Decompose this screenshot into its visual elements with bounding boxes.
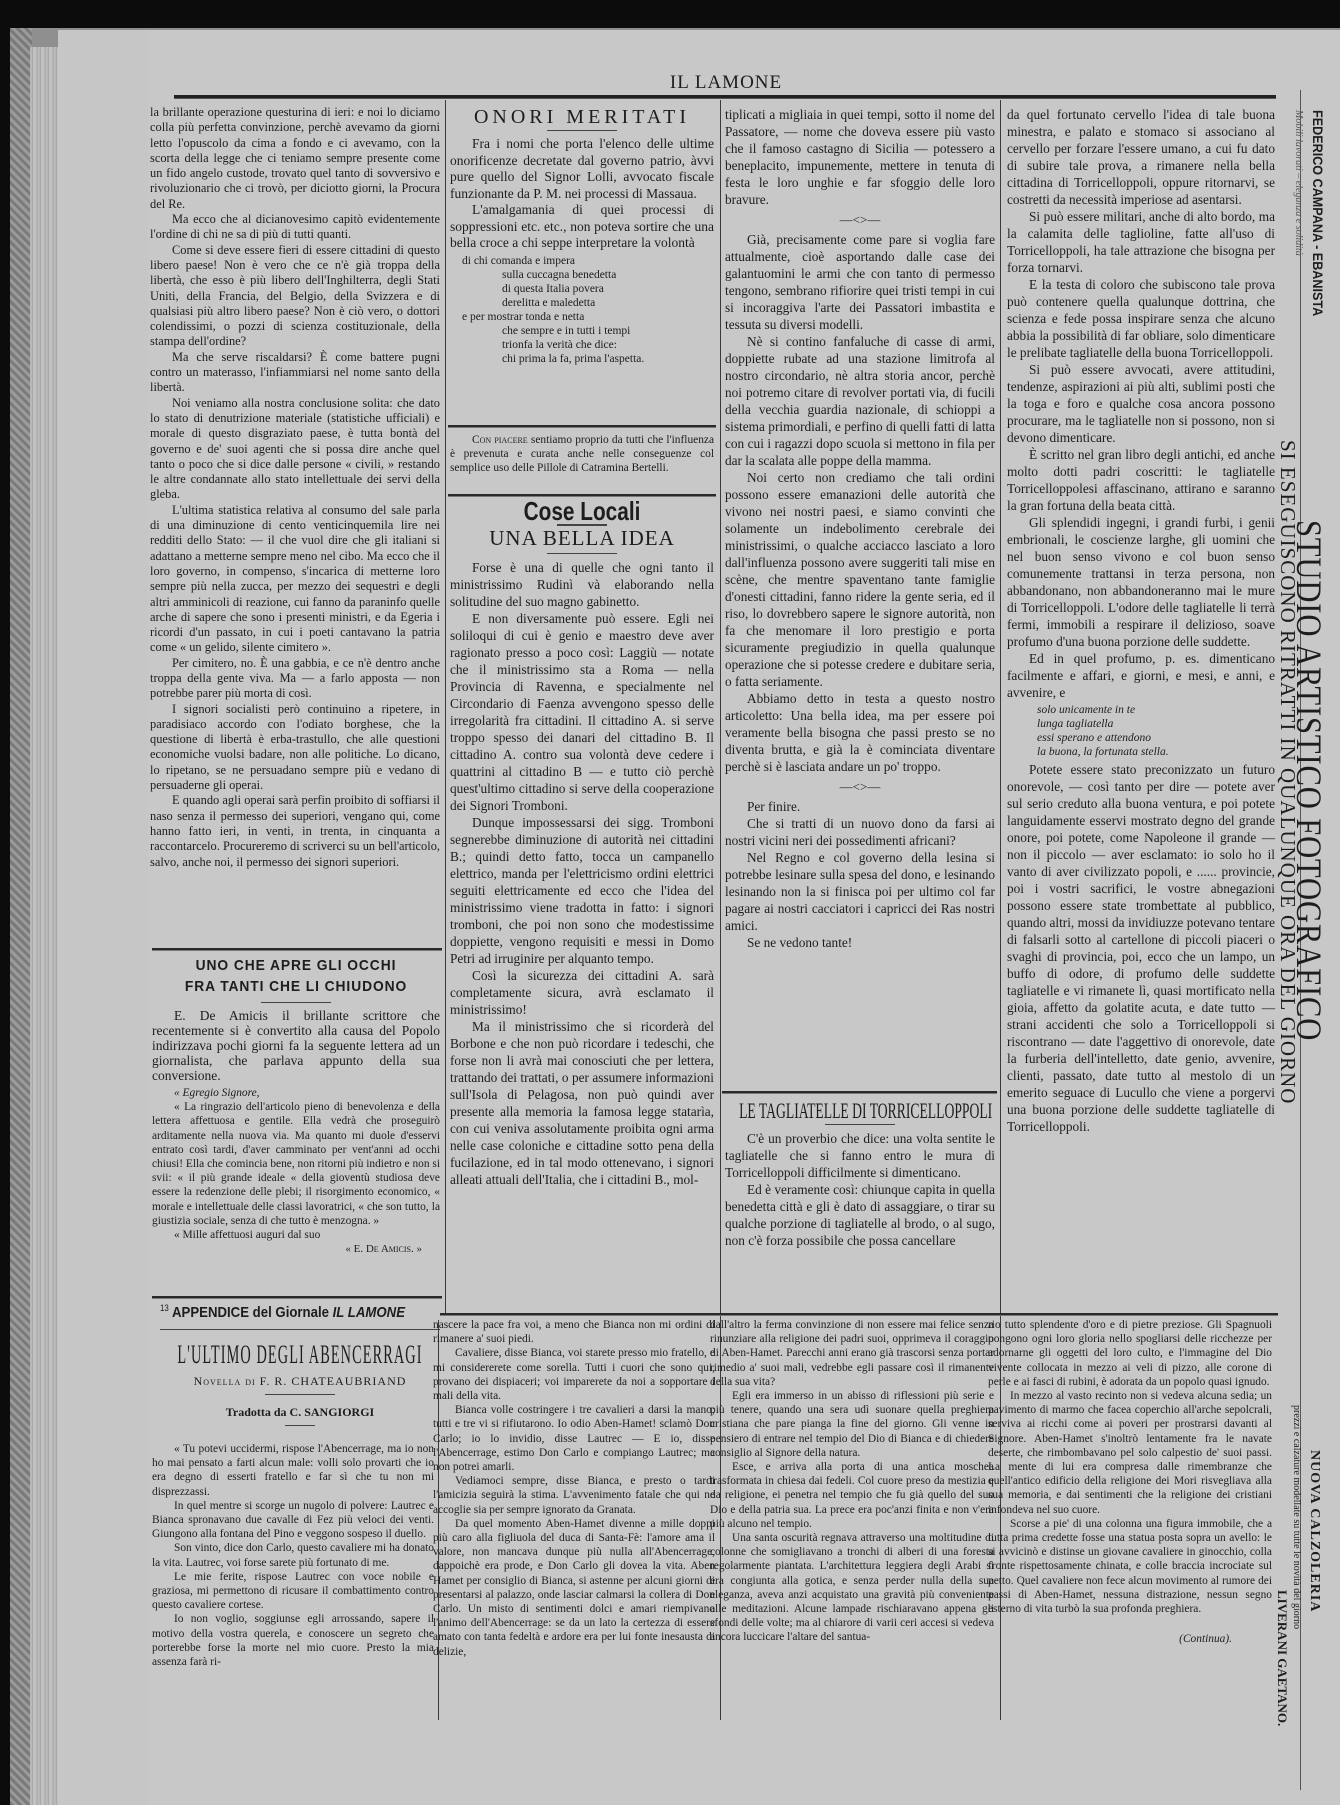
appendice-column-1: « Tu potevi uccidermi, rispose l'Abencer… <box>152 1442 434 1669</box>
section-heading: Cose Locali <box>476 504 687 519</box>
letter-salutation: « Egregio Signore, <box>152 1086 440 1100</box>
letter-body: « La ringrazio dell'articolo pieno di be… <box>152 1100 440 1228</box>
paragraph: Ma che serve riscaldarsi? È come battere… <box>150 350 440 396</box>
ornament-divider: —<>— <box>725 778 995 795</box>
poem-line: chi prima la fa, prima l'aspetta. <box>462 352 714 366</box>
section-rule <box>722 1091 997 1094</box>
heading-underline <box>261 1002 331 1003</box>
poem-line: sulla cuccagna benedetta <box>462 268 714 282</box>
appendice-paper: IL LAMONE <box>333 1304 405 1321</box>
ad-calzoleria-title: NUOVA CALZOLERIA <box>1306 1450 1322 1612</box>
poem-line: che sempre e in tutti i tempi <box>462 324 714 338</box>
paragraph: Che si tratti di un nuovo dono da farsi … <box>725 815 995 849</box>
poem-line: derelitta e maledetta <box>462 296 714 310</box>
paragraph: Egli era immerso in un abisso di rifless… <box>710 1389 994 1460</box>
paragraph: E non diversamente può essere. Egli nei … <box>450 610 714 814</box>
poem-line: e per mostrar tonda e netta <box>462 310 714 324</box>
paragraph: E la testa di coloro che subiscono tale … <box>1007 276 1275 361</box>
paragraph: Gli splendidi ingegni, i grandi furbi, i… <box>1007 514 1275 650</box>
paragraph: Cavaliere, disse Bianca, voi starete pre… <box>433 1346 715 1403</box>
paragraph: In mezzo al vasto recinto non si vedeva … <box>988 1389 1272 1517</box>
continua-note: (Continua). <box>988 1632 1232 1646</box>
intro-paragraph: E. De Amicis il brillante scrittore che … <box>152 1008 440 1083</box>
deamicis-article: UNO CHE APRE GLI OCCHI FRA TANTI CHE LI … <box>152 955 440 1258</box>
poem-line: di chi comanda e impera <box>462 254 714 268</box>
paragraph: Per cimitero, no. È una gabbia, e ce n'è… <box>150 656 440 702</box>
ornament-divider: —<>— <box>725 211 995 228</box>
ad-studio-subtitle: SI ESEGUISCONO RITRATTI IN QUALUNQUE ORA… <box>1275 440 1300 1104</box>
paragraph: da quel fortunato cervello l'idea di tal… <box>1007 106 1275 208</box>
paragraph: C'è un proverbio che dice: una volta sen… <box>725 1130 995 1181</box>
paragraph: Come si deve essere fieri di essere citt… <box>150 243 440 350</box>
section-rule <box>448 425 716 428</box>
poem-line: solo unicamente in te <box>1037 703 1275 717</box>
appendice-rule <box>440 1313 1278 1316</box>
ad-campana-title: FEDERICO CAMPANA - EBANISTA <box>1310 110 1326 316</box>
appendice-column-3: dall'altro la ferma convinzione di non e… <box>710 1318 994 1645</box>
masthead-rule <box>174 95 1276 99</box>
column-divider <box>445 100 446 1315</box>
poem: solo unicamente in te lunga tagliatella … <box>1037 703 1275 759</box>
paragraph: Noi certo non crediamo che tali ordini p… <box>725 469 995 690</box>
paragraph: tiplicati a migliaia in quei tempi, sott… <box>725 106 995 208</box>
appendice-label: APPENDICE del Giornale <box>172 1304 329 1321</box>
paragraph: Ma ecco che al dicianovesimo capitò evid… <box>150 212 440 243</box>
appendice-header: 13 APPENDICE del Giornale IL LAMONE L'UL… <box>160 1303 440 1431</box>
article-heading: ONORI MERITATI <box>450 110 714 125</box>
poem: di chi comanda e impera sulla cuccagna b… <box>462 254 714 366</box>
paragraph: Bianca volle costringere i tre cavalieri… <box>433 1403 715 1474</box>
paragraph: I signori socialisti però continuino a r… <box>150 702 440 794</box>
tagliatelle-article: LE TAGLIATELLE DI TORRICELLOPPOLI C'è un… <box>725 1098 995 1249</box>
paragraph: nascere la pace fra voi, a meno che Bian… <box>433 1318 715 1346</box>
paragraph: Ed in quel profumo, p. es. dimenticano f… <box>1007 650 1275 701</box>
article-heading: LE TAGLIATELLE DI TORRICELLOPPOLI <box>739 1102 981 1119</box>
heading-underline <box>265 1394 335 1395</box>
paragraph: Noi veniamo alla nostra conclusione soli… <box>150 396 440 503</box>
pillole-notice: Con piacere sentiamo proprio da tutti ch… <box>450 433 714 476</box>
translator-credit: Tradotta da C. SANGIORGI <box>160 1405 440 1420</box>
appendice-column-2: nascere la pace fra voi, a meno che Bian… <box>433 1318 715 1659</box>
cose-locali-section: Cose Locali UNA BELLA IDEA Forse è una d… <box>450 498 714 1188</box>
poem-line: lunga tagliatella <box>1037 717 1275 731</box>
paragraph: Le mie ferite, rispose Lautrec con voce … <box>152 1570 434 1613</box>
paragraph: Così la sicurezza dei cittadini A. sarà … <box>450 967 714 1018</box>
paragraph: Fra i nomi che porta l'elenco delle ulti… <box>450 136 714 202</box>
ad-calzoleria-subtitle: prezzi e calzature modellate su tutte le… <box>1291 1405 1302 1629</box>
paragraph: Per finire. <box>725 798 995 815</box>
paragraph: Ma il ministrissimo che si ricorderà del… <box>450 1018 714 1188</box>
poem-line: di questa Italia povera <box>462 282 714 296</box>
poem-line: trionfa la verità che dice: <box>462 338 714 352</box>
paragraph: L'amalgamania di quei processi di soppre… <box>450 202 714 252</box>
paragraph: Una santa oscurità regnava attraverso un… <box>710 1531 994 1645</box>
paragraph: L'ultima statistica relativa al consumo … <box>150 503 440 656</box>
paragraph: Ed è veramente così: chiunque capita in … <box>725 1181 995 1249</box>
paragraph: È scritto nel gran libro degli antichi, … <box>1007 446 1275 514</box>
letter-closing: « Mille affettuosi auguri dal suo <box>152 1228 440 1242</box>
heading-underline <box>285 1425 315 1426</box>
onori-article: ONORI MERITATI Fra i nomi che porta l'el… <box>450 106 714 368</box>
paragraph: Nel Regno e col governo della lesina si … <box>725 849 995 934</box>
poem-line: essi sperano e attendono <box>1037 731 1275 745</box>
paragraph: « Tu potevi uccidermi, rispose l'Abencer… <box>152 1442 434 1499</box>
paragraph: Si può essere avvocati, avere attitudini… <box>1007 361 1275 446</box>
marbled-cover-edge <box>10 28 32 1805</box>
ad-campana-subtitle: Mobili lavorati – eleganza e solidità <box>1293 110 1304 256</box>
paragraph: E quando agli operai sarà perfin proibit… <box>150 793 440 869</box>
paragraph: la brillante operazione questurina di ie… <box>150 105 440 212</box>
heading-underline <box>547 130 617 131</box>
appendice-column-4: rio tutto splendente d'oro e di pietre p… <box>988 1318 1272 1646</box>
masthead-title: IL LAMONE <box>176 72 1276 94</box>
paragraph: Nè si contino fanfaluche di casse di arm… <box>725 333 995 469</box>
notice-lead: Con piacere <box>472 434 528 446</box>
heading-underline <box>547 553 617 554</box>
article-heading-line1: UNO CHE APRE GLI OCCHI <box>164 955 429 976</box>
paragraph: Esce, e arriva alla porta di una antica … <box>710 1460 994 1531</box>
section-rule <box>152 1296 442 1299</box>
ad-calzoleria-owner: LIVERANI GAETANO. <box>1274 1590 1290 1726</box>
heading-underline <box>825 1124 895 1125</box>
novel-subtitle: Novella di F. R. CHATEAUBRIAND <box>160 1374 440 1389</box>
paragraph: Si può essere militari, anche di alto bo… <box>1007 208 1275 276</box>
paragraph: Scorse a pie' di una colonna una figura … <box>988 1517 1272 1616</box>
column-3-article: tiplicati a migliaia in quei tempi, sott… <box>725 106 995 951</box>
article-heading: UNA BELLA IDEA <box>450 531 714 546</box>
paragraph: Son vinto, dice don Carlo, questo cavali… <box>152 1541 434 1569</box>
column-1-article: la brillante operazione questurina di ie… <box>150 105 440 870</box>
novel-title: L'ULTIMO DEGLI ABENCERRAGI <box>168 1340 432 1370</box>
paragraph: Dunque impossessarsi dei sigg. Tromboni … <box>450 814 714 967</box>
paragraph: dall'altro la ferma convinzione di non e… <box>710 1318 994 1389</box>
paragraph: In quel mentre si scorge un nugolo di po… <box>152 1499 434 1542</box>
poem-line: la buona, la fortunata stella. <box>1037 745 1275 759</box>
section-rule <box>152 948 442 951</box>
paragraph: Io non voglio, soggiunse egli arrossando… <box>152 1612 434 1669</box>
instalment-number: 13 <box>160 1303 169 1313</box>
paragraph: Già, precisamente come pare si voglia fa… <box>725 231 995 333</box>
paragraph: Abbiamo detto in testa a questo nostro a… <box>725 690 995 775</box>
paragraph: Forse è una di quelle che ogni tanto il … <box>450 559 714 610</box>
paragraph: Se ne vedono tante! <box>725 934 995 951</box>
paragraph: Da quel momento Aben-Hamet divenne a mil… <box>433 1517 715 1659</box>
letter-signature: « E. De Amicis. » <box>152 1242 422 1257</box>
article-heading-line2: FRA TANTI CHE LI CHIUDONO <box>164 976 429 997</box>
paragraph: Potete essere stato preconizzato un futu… <box>1007 761 1275 1135</box>
paragraph: Vediamoci sempre, disse Bianca, e presto… <box>433 1474 715 1517</box>
column-4-article: da quel fortunato cervello l'idea di tal… <box>1007 106 1275 1135</box>
paragraph: rio tutto splendente d'oro e di pietre p… <box>988 1318 1272 1389</box>
